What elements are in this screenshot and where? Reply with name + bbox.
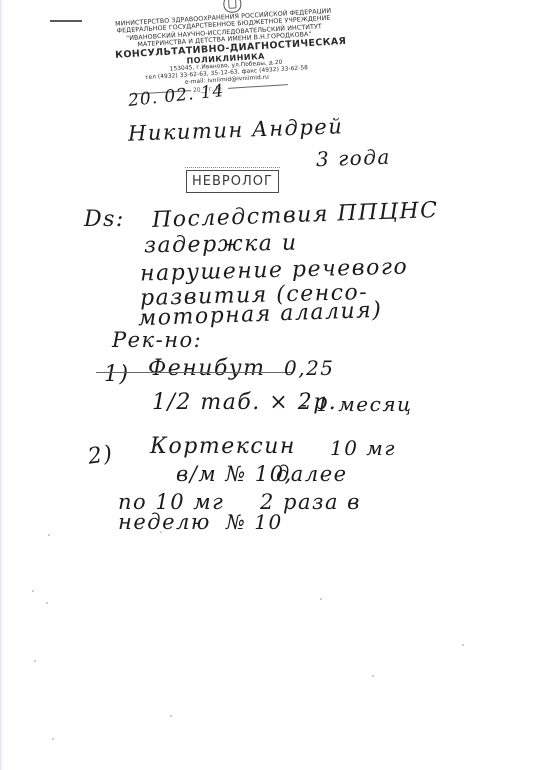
scan-speck	[372, 675, 374, 677]
scan-speck	[160, 531, 162, 533]
scan-speck	[34, 660, 36, 662]
prescription-1-number: 1)	[104, 362, 130, 387]
clinic-letterhead-stamp: МИНИСТЕРСТВО ЗДРАВООХРАНЕНИЯ РОССИЙСКОЙ …	[112, 0, 337, 90]
scan-speck	[32, 590, 34, 592]
diagnosis-line: Последствия ППЦНС	[152, 198, 439, 233]
prescription-2-sig-cont: далее	[276, 462, 348, 486]
scan-speck	[320, 598, 322, 600]
patient-name: Никитин Андрей	[128, 114, 344, 145]
scan-speck	[52, 738, 54, 740]
prescription-label: Рек-но:	[112, 328, 202, 352]
pen-dash-mark	[50, 20, 82, 22]
scan-speck	[46, 602, 48, 604]
scan-speck	[462, 644, 464, 646]
scan-speck	[170, 715, 172, 717]
patient-age: 3 года	[316, 145, 392, 172]
strikethrough-line	[96, 372, 292, 373]
prescription-2-line: неделю	[118, 510, 211, 534]
scan-edge	[0, 0, 3, 770]
department-stamp: НЕВРОЛОГ	[186, 170, 279, 193]
prescription-2-line: № 10	[226, 510, 283, 534]
coat-of-arms-icon	[223, 0, 242, 13]
prescription-1-duration: - 1 месяц	[300, 392, 413, 416]
diagnosis-label: Ds:	[84, 207, 125, 232]
number-rule	[228, 84, 288, 89]
prescription-1-dose: 0,25	[284, 356, 335, 380]
prescription-1-drug: Фенибут	[148, 356, 266, 381]
prescription-2-number: 2)	[86, 441, 115, 469]
scan-speck	[48, 534, 50, 536]
prescription-2-dose: 10 мг	[330, 436, 396, 460]
prescription-2-drug: Кортексин	[150, 434, 296, 459]
diagnosis-line: задержка и	[144, 231, 298, 259]
